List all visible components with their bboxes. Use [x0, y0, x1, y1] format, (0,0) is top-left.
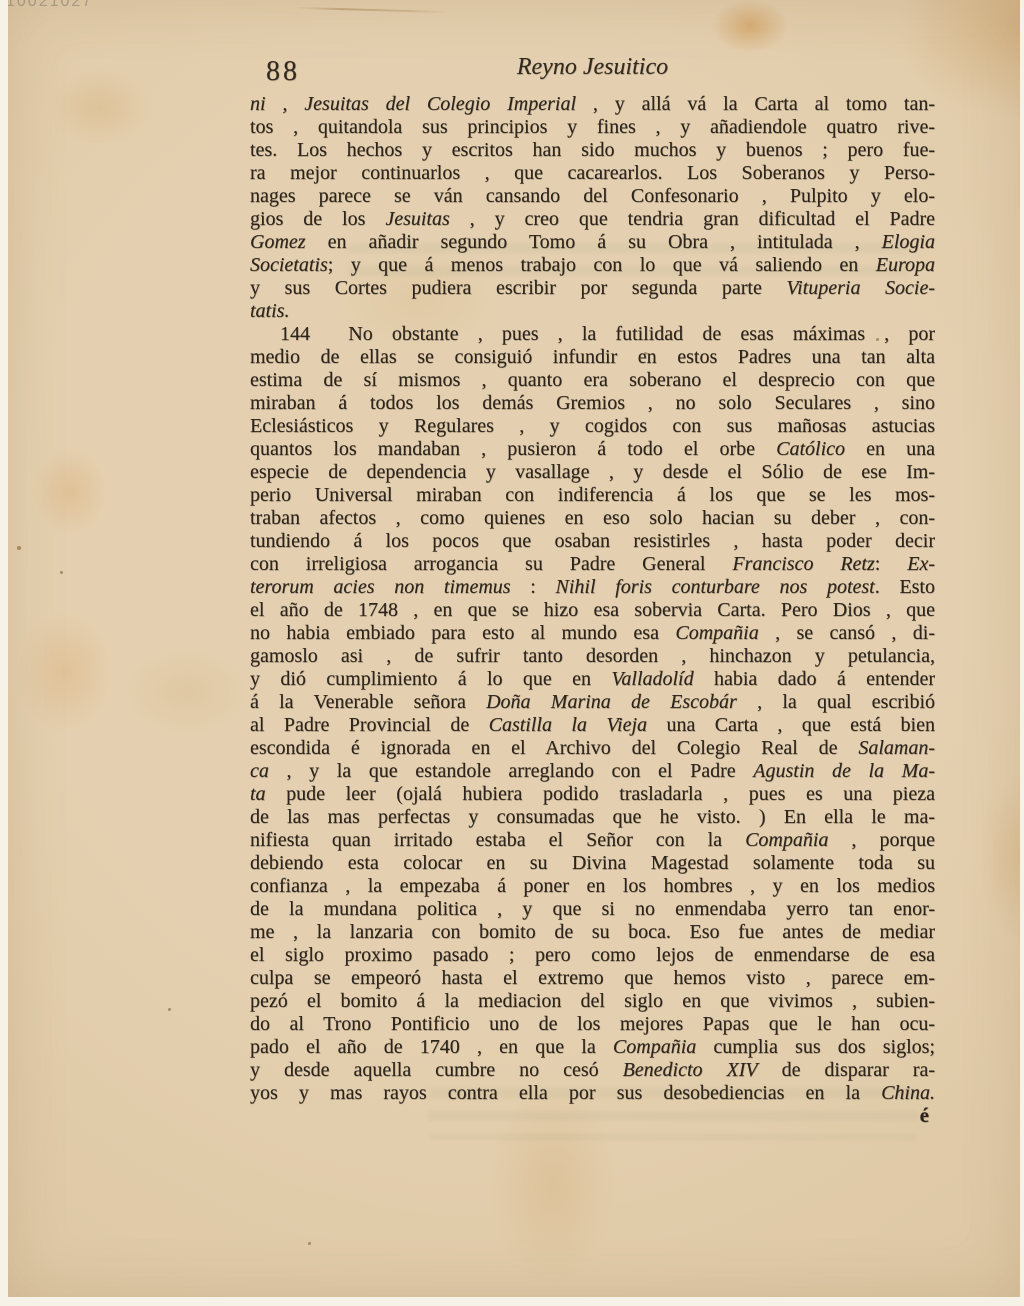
text-line: al Padre Provincial de Castilla la Vieja…: [250, 714, 935, 737]
text-line: terorum acies non timemus : Nihil foris …: [250, 576, 935, 599]
text-run: quantos los mandaban , pusieron á todo e…: [250, 438, 776, 460]
text-run: , y creo que tendria gran dificultad el …: [450, 208, 935, 230]
italic-text-run: Salaman-: [858, 737, 935, 759]
text-line: miraban á todos los demás Gremios , no s…: [250, 392, 935, 415]
text-run: tundiendo á los pocos que osaban resisti…: [250, 530, 935, 552]
text-run: , se cansó , di-: [759, 622, 935, 644]
italic-text-run: Societatis: [250, 254, 328, 276]
italic-text-run: Católico: [776, 438, 845, 460]
paper-speck: [17, 546, 21, 550]
text-run: pado el año de 1740 , en que la: [250, 1036, 613, 1058]
running-head: 88 Reyno Jesuitico: [250, 54, 935, 88]
italic-text-run: Vituperia Socie-: [786, 277, 935, 299]
text-run: en una: [845, 438, 935, 460]
text-line: escondida é ignorada en el Archivo del C…: [250, 737, 935, 760]
text-run: en añadir segundo Tomo á su Obra , intit…: [306, 231, 882, 253]
text-line: tes. Los hechos y escritos han sido much…: [250, 139, 935, 162]
text-run: traban afectos , como quienes en eso sol…: [250, 507, 935, 529]
text-run: medio de ellas se consiguió infundir en …: [250, 346, 935, 368]
page-number: 88: [266, 56, 300, 88]
text-run: :: [875, 553, 907, 575]
text-run: ra mejor continuarlos , que cacarearlos.…: [250, 162, 935, 184]
text-line: ra mejor continuarlos , que cacarearlos.…: [250, 162, 935, 185]
text-run: pude leer (ojalá hubiera podido traslada…: [266, 783, 935, 805]
text-run: perio Universal miraban con indiferencia…: [250, 484, 935, 506]
text-run: Eclesiásticos y Regulares , y cogidos co…: [250, 415, 935, 437]
text-run: cumplia sus dos siglos;: [696, 1036, 935, 1058]
text-line: traban afectos , como quienes en eso sol…: [250, 507, 935, 530]
text-run: el siglo proximo pasado ; pero como lejo…: [250, 944, 935, 966]
text-line: y sus Cortes pudiera escribir por segund…: [250, 277, 935, 300]
italic-text-run: terorum acies non timemus: [250, 576, 511, 598]
text-line: Eclesiásticos y Regulares , y cogidos co…: [250, 415, 935, 438]
italic-text-run: Compañia: [613, 1036, 696, 1058]
text-line: el siglo proximo pasado ; pero como lejo…: [250, 944, 935, 967]
text-line: con irreligiosa arrogancia su Padre Gene…: [250, 553, 935, 576]
text-run: me , la lanzaria con bomito de su boca. …: [250, 921, 935, 943]
text-line: Gomez en añadir segundo Tomo á su Obra ,…: [250, 231, 935, 254]
text-line: gamoslo asi , de sufrir tanto desorden ,…: [250, 645, 935, 668]
text-line: y dió cumplimiento á lo que en Valladolí…: [250, 668, 935, 691]
text-run: de la mundana politica , y que si no enm…: [250, 898, 935, 920]
text-run: ; y que á menos trabajo con lo que vá sa…: [328, 254, 876, 276]
italic-text-run: Castilla la Vieja: [489, 714, 647, 736]
text-line: culpa se empeoró hasta el extremo que he…: [250, 967, 935, 990]
italic-text-run: Europa: [876, 254, 935, 276]
text-line: á la Venerable señora Doña Marina de Esc…: [250, 691, 935, 714]
text-line: ni , Jesuitas del Colegio Imperial , y a…: [250, 93, 935, 116]
text-line: medio de ellas se consiguió infundir en …: [250, 346, 935, 369]
text-run: tes. Los hechos y escritos han sido much…: [250, 139, 935, 161]
text-run: , la qual escribió: [737, 691, 935, 713]
text-run: , y la que estandole arreglando con el P…: [269, 760, 753, 782]
text-run: el año de 1748 , en que se hizo esa sobe…: [250, 599, 935, 621]
text-run: con irreligiosa arrogancia su Padre Gene…: [250, 553, 732, 575]
text-run: :: [511, 576, 556, 598]
text-run: á la Venerable señora: [250, 691, 486, 713]
body-text: ni , Jesuitas del Colegio Imperial , y a…: [250, 93, 935, 1105]
paper-speck: [308, 1242, 311, 1245]
text-run: estima de sí mismos , quanto era soberan…: [250, 369, 935, 391]
text-line: nifiesta quan irritado estaba el Señor c…: [250, 829, 935, 852]
text-run: confianza , la empezaba á poner en los h…: [250, 875, 935, 897]
italic-text-run: Nihil foris conturbare nos potest: [556, 576, 875, 598]
text-line: el año de 1748 , en que se hizo esa sobe…: [250, 599, 935, 622]
italic-text-run: Compañia: [675, 622, 758, 644]
text-run: . Esto: [875, 576, 935, 598]
italic-text-run: Jesuitas: [385, 208, 449, 230]
italic-text-run: Doña Marina de Escobár: [486, 691, 737, 713]
paper-speck: [168, 1008, 171, 1011]
text-run: tos , quitandola sus principios y fines …: [250, 116, 935, 138]
text-line: nages parece se ván cansando del Confeso…: [250, 185, 935, 208]
text-run: debiendo esta colocar en su Divina Mages…: [250, 852, 935, 874]
text-run: y desde aquella cumbre no cesó: [250, 1059, 623, 1081]
text-run: y dió cumplimiento á lo que en: [250, 668, 611, 690]
text-run: al Padre Provincial de: [250, 714, 489, 736]
text-line: especie de dependencia y vasallage , y d…: [250, 461, 935, 484]
catchword: é: [250, 1103, 929, 1128]
text-line: de las mas perfectas y consumadas que he…: [250, 806, 935, 829]
text-line: tatis.: [250, 300, 935, 323]
text-line: tos , quitandola sus principios y fines …: [250, 116, 935, 139]
italic-text-run: Valladolíd: [611, 668, 693, 690]
text-line: y desde aquella cumbre no cesó Benedicto…: [250, 1059, 935, 1082]
text-run: nages parece se ván cansando del Confeso…: [250, 185, 935, 207]
text-line: de la mundana politica , y que si no enm…: [250, 898, 935, 921]
text-line: confianza , la empezaba á poner en los h…: [250, 875, 935, 898]
paper-crease: [296, 7, 451, 13]
text-line: ta pude leer (ojalá hubiera podido trasl…: [250, 783, 935, 806]
text-line: no habia embiado para esto al mundo esa …: [250, 622, 935, 645]
italic-text-run: Ex-: [907, 553, 935, 575]
scan-corner-artifact-text: 10021027: [8, 0, 93, 11]
text-line: ca , y la que estandole arreglando con e…: [250, 760, 935, 783]
running-title: Reyno Jesuitico: [250, 54, 935, 81]
text-line: quantos los mandaban , pusieron á todo e…: [250, 438, 935, 461]
text-run: yos y mas rayos contra ella por sus deso…: [250, 1082, 881, 1104]
italic-text-run: Benedicto XIV: [623, 1059, 758, 1081]
italic-text-run: ta: [250, 783, 266, 805]
text-run: pezó el bomito á la mediacion del siglo …: [250, 990, 935, 1012]
text-run: escondida é ignorada en el Archivo del C…: [250, 737, 858, 759]
text-line: pezó el bomito á la mediacion del siglo …: [250, 990, 935, 1013]
text-run: de disparar ra-: [758, 1059, 935, 1081]
text-line: Societatis; y que á menos trabajo con lo…: [250, 254, 935, 277]
italic-text-run: Francisco Retz: [732, 553, 874, 575]
text-line: me , la lanzaria con bomito de su boca. …: [250, 921, 935, 944]
text-run: gamoslo asi , de sufrir tanto desorden ,…: [250, 645, 935, 667]
italic-text-run: tatis.: [250, 300, 289, 322]
text-run: culpa se empeoró hasta el extremo que he…: [250, 967, 935, 989]
text-run: 144 No obstante , pues , la futilidad de…: [280, 323, 935, 345]
text-line: yos y mas rayos contra ella por sus deso…: [250, 1082, 935, 1105]
text-line: gios de los Jesuitas , y creo que tendri…: [250, 208, 935, 231]
text-run: y sus Cortes pudiera escribir por segund…: [250, 277, 786, 299]
text-run: , y allá vá la Carta al tomo tan-: [576, 93, 935, 115]
paper-speck: [60, 571, 63, 574]
text-line: 144 No obstante , pues , la futilidad de…: [250, 323, 935, 346]
text-run: do al Trono Pontificio uno de los mejore…: [250, 1013, 935, 1035]
text-run: especie de dependencia y vasallage , y d…: [250, 461, 935, 483]
text-line: pado el año de 1740 , en que la Compañia…: [250, 1036, 935, 1059]
text-run: nifiesta quan irritado estaba el Señor c…: [250, 829, 745, 851]
text-run: de las mas perfectas y consumadas que he…: [250, 806, 935, 828]
text-line: estima de sí mismos , quanto era soberan…: [250, 369, 935, 392]
italic-text-run: China.: [881, 1082, 935, 1104]
italic-text-run: Agustin de la Ma-: [753, 760, 935, 782]
text-run: una Carta , que está bien: [647, 714, 935, 736]
italic-text-run: ca: [250, 760, 269, 782]
text-run: , porque: [828, 829, 935, 851]
text-line: debiendo esta colocar en su Divina Mages…: [250, 852, 935, 875]
italic-text-run: Compañia: [745, 829, 828, 851]
italic-text-run: ni , Jesuitas del Colegio Imperial: [250, 93, 576, 115]
text-run: habia dado á entender: [694, 668, 935, 690]
italic-text-run: Elogia: [882, 231, 935, 253]
italic-text-run: Gomez: [250, 231, 306, 253]
text-line: tundiendo á los pocos que osaban resisti…: [250, 530, 935, 553]
text-run: miraban á todos los demás Gremios , no s…: [250, 392, 935, 414]
text-line: do al Trono Pontificio uno de los mejore…: [250, 1013, 935, 1036]
text-run: no habia embiado para esto al mundo esa: [250, 622, 675, 644]
book-page: 10021027 88 Reyno Jesuitico ni , Jesuita…: [8, 0, 1020, 1297]
text-run: gios de los: [250, 208, 385, 230]
text-line: perio Universal miraban con indiferencia…: [250, 484, 935, 507]
